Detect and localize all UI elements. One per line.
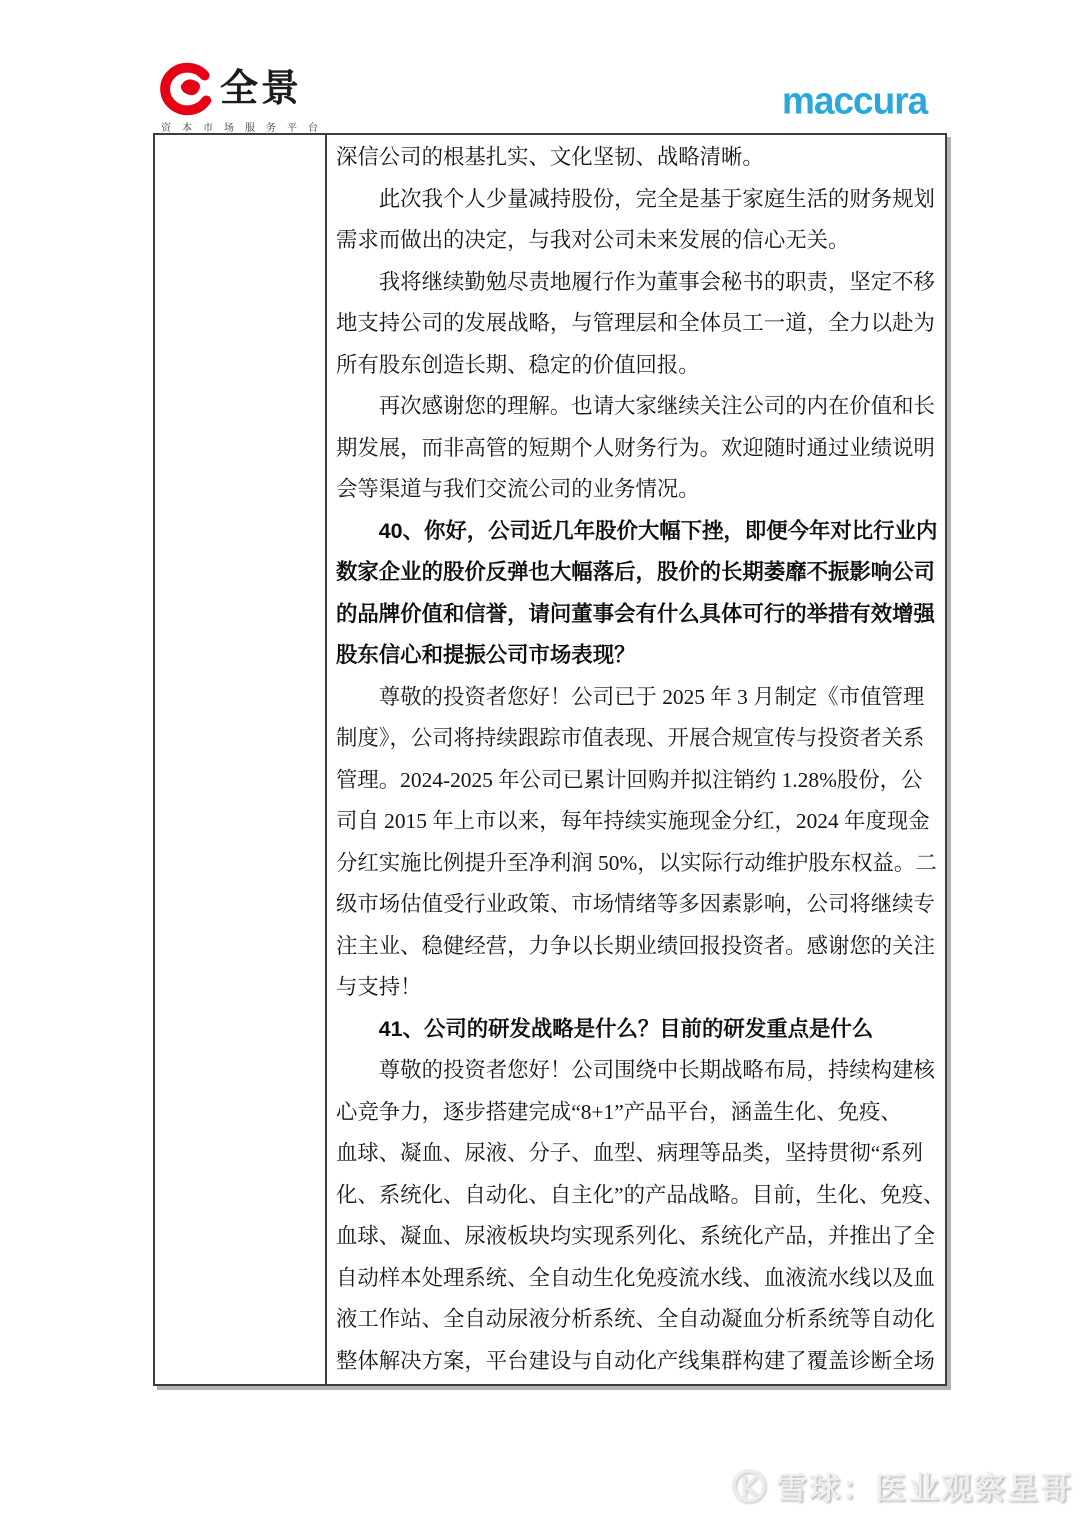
text-line: 再次感谢您的理解。也请大家继续关注公司的内在价值和长 bbox=[336, 386, 944, 428]
text-line: 注主业、稳健经营，力争以长期业绩回报投资者。感谢您的关注 bbox=[336, 926, 944, 968]
page-header: 全景 资本市场服务平台 maccura bbox=[0, 0, 1080, 133]
text-line: 尊敬的投资者您好！公司围绕中长期战略布局，持续构建核 bbox=[336, 1050, 944, 1092]
text-line: 股东信心和提振公司市场表现？ bbox=[336, 635, 944, 677]
text-line: 级市场估值受行业政策、市场情绪等多因素影响，公司将继续专 bbox=[336, 884, 944, 926]
text-line: 液工作站、全自动尿液分析系统、全自动凝血分析系统等自动化 bbox=[336, 1299, 944, 1341]
p5w-swirl-icon bbox=[158, 62, 214, 116]
text-line: 血球、凝血、尿液板块均实现系列化、系统化产品，并推出了全 bbox=[336, 1216, 944, 1258]
text-line: 此次我个人少量减持股份，完全是基于家庭生活的财务规划 bbox=[336, 179, 944, 221]
watermark: 雪球：医业观察星哥 bbox=[731, 1468, 1073, 1509]
text-line: 司自 2015 年上市以来，每年持续实施现金分红，2024 年度现金 bbox=[336, 801, 944, 843]
text-line: 自动样本处理系统、全自动生化免疫流水线、血液流水线以及血 bbox=[336, 1258, 944, 1300]
text-line: 与支持！ bbox=[336, 967, 944, 1009]
p5w-logo-text: 全景 bbox=[220, 70, 302, 108]
p5w-logo-tagline: 资本市场服务平台 bbox=[161, 119, 358, 134]
text-line: 管理。2024-2025 年公司已累计回购并拟注销约 1.28%股份，公 bbox=[336, 760, 944, 802]
text-line: 的品牌价值和信誉，请问董事会有什么具体可行的举措有效增强 bbox=[336, 594, 944, 636]
text-line: 心竞争力，逐步搭建完成“8+1”产品平台，涵盖生化、免疫、 bbox=[336, 1092, 944, 1134]
text-line: 制度》，公司将持续跟踪市值表现、开展合规宣传与投资者关系 bbox=[336, 718, 944, 760]
text-line: 分红实施比例提升至净利润 50%，以实际行动维护股东权益。二 bbox=[336, 843, 944, 885]
text-line: 地支持公司的发展战略，与管理层和全体员工一道，全力以赴为 bbox=[336, 303, 944, 345]
document-body: 深信公司的根基扎实、文化坚韧、战略清晰。 此次我个人少量减持股份，完全是基于家庭… bbox=[327, 135, 950, 1384]
text-line: 整体解决方案，平台建设与自动化产线集群构建了覆盖诊断全场 bbox=[336, 1341, 944, 1383]
qa-table-left-column bbox=[155, 135, 327, 1384]
text-line: 期发展，而非高管的短期个人财务行为。欢迎随时通过业绩说明 bbox=[336, 428, 944, 470]
text-line: 我将继续勤勉尽责地履行作为董事会秘书的职责，坚定不移 bbox=[336, 262, 944, 304]
text-line: 40、你好，公司近几年股价大幅下挫，即便今年对比行业内 bbox=[336, 511, 944, 553]
text-line: 需求而做出的决定，与我对公司未来发展的信心无关。 bbox=[336, 220, 944, 262]
text-line: 尊敬的投资者您好！公司已于 2025 年 3 月制定《市值管理 bbox=[336, 677, 944, 719]
text-line: 血球、凝血、尿液、分子、血型、病理等品类，坚持贯彻“系列 bbox=[336, 1133, 944, 1175]
text-line: 41、公司的研发战略是什么？目前的研发重点是什么 bbox=[336, 1009, 944, 1051]
qa-table: 深信公司的根基扎实、文化坚韧、战略清晰。 此次我个人少量减持股份，完全是基于家庭… bbox=[153, 133, 947, 1386]
p5w-logo: 全景 资本市场服务平台 bbox=[158, 62, 358, 130]
text-line: 深信公司的根基扎实、文化坚韧、战略清晰。 bbox=[336, 137, 944, 179]
text-line: 数家企业的股价反弹也大幅落后，股价的长期萎靡不振影响公司 bbox=[336, 552, 944, 594]
xueqiu-logo-icon bbox=[731, 1468, 767, 1509]
text-line: 会等渠道与我们交流公司的业务情况。 bbox=[336, 469, 944, 511]
watermark-text: 雪球：医业观察星哥 bbox=[776, 1473, 1073, 1504]
text-line: 所有股东创造长期、稳定的价值回报。 bbox=[336, 345, 944, 387]
page: { "header": { "left_logo": { "name": "全景… bbox=[0, 0, 1080, 1527]
maccura-logo: maccura bbox=[782, 82, 927, 120]
text-line: 化、系统化、自动化、自主化”的产品战略。目前，生化、免疫、 bbox=[336, 1175, 944, 1217]
